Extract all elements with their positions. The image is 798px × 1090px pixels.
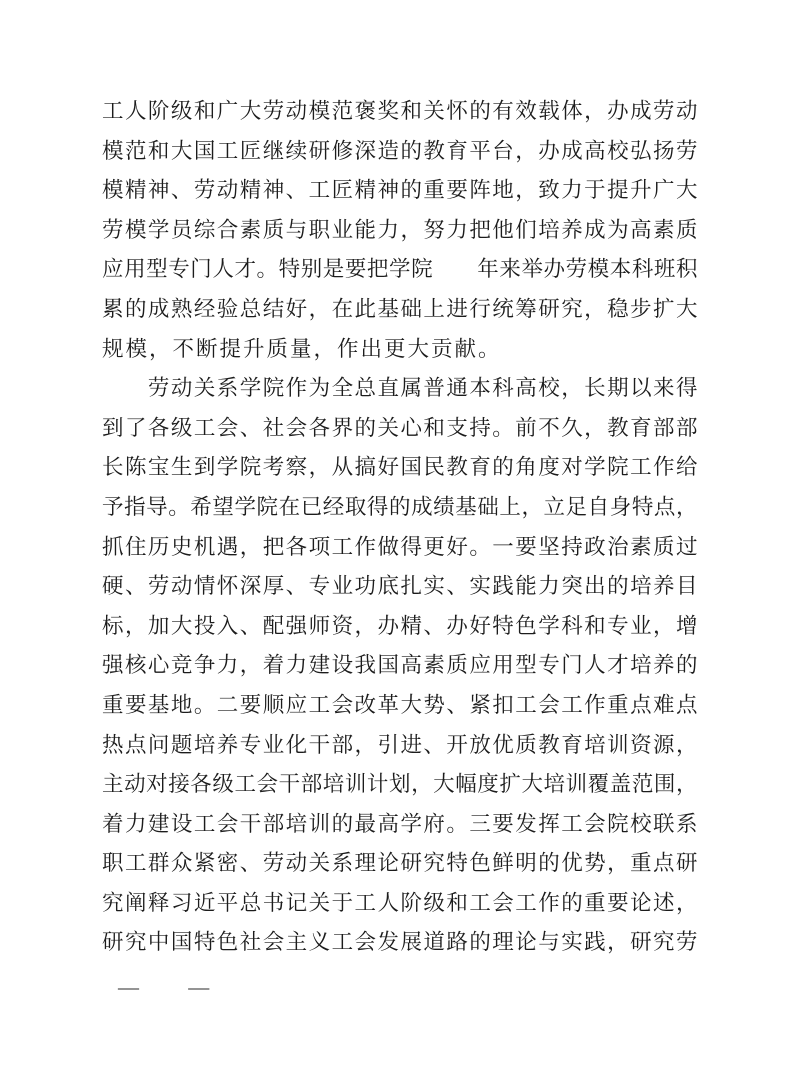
text-line: 工人阶级和广大劳动模范褒奖和关怀的有效载体，办成劳动 [102, 92, 698, 132]
text-line: 予指导。希望学院在已经取得的成绩基础上，立足自身特点， [102, 488, 698, 528]
text-line: 抓住历史机遇，把各项工作做得更好。一要坚持政治素质过 [102, 528, 698, 568]
paragraph-2: 劳动关系学院作为全总直属普通本科高校，长期以来得到了各级工会、社会各界的关心和支… [102, 369, 698, 963]
page-number-dash-left: — [118, 972, 139, 1002]
text-line: 标，加大投入、配强师资，办精、办好特色学科和专业，增 [102, 607, 698, 647]
body-text: 工人阶级和广大劳动模范褒奖和关怀的有效载体，办成劳动模范和大国工匠继续研修深造的… [102, 92, 698, 963]
text-line: 应用型专门人才。特别是要把学院 年来举办劳模本科班积 [102, 250, 698, 290]
text-line: 模精神、劳动精神、工匠精神的重要阵地，致力于提升广大 [102, 171, 698, 211]
document-page: 工人阶级和广大劳动模范褒奖和关怀的有效载体，办成劳动模范和大国工匠继续研修深造的… [0, 0, 798, 1090]
text-line: 重要基地。二要顺应工会改革大势、紧扣工会工作重点难点 [102, 686, 698, 726]
text-line: 劳模学员综合素质与职业能力，努力把他们培养成为高素质 [102, 211, 698, 251]
text-line: 硬、劳动情怀深厚、专业功底扎实、实践能力突出的培养目 [102, 567, 698, 607]
paragraph-1: 工人阶级和广大劳动模范褒奖和关怀的有效载体，办成劳动模范和大国工匠继续研修深造的… [102, 92, 698, 369]
text-line: 模范和大国工匠继续研修深造的教育平台，办成高校弘扬劳 [102, 132, 698, 172]
text-line: 主动对接各级工会干部培训计划，大幅度扩大培训覆盖范围， [102, 765, 698, 805]
text-line: 着力建设工会干部培训的最高学府。三要发挥工会院校联系 [102, 805, 698, 845]
text-line: 累的成熟经验总结好，在此基础上进行统筹研究，稳步扩大 [102, 290, 698, 330]
text-line: 究阐释习近平总书记关于工人阶级和工会工作的重要论述， [102, 884, 698, 924]
text-line: 强核心竞争力，着力建设我国高素质应用型专门人才培养的 [102, 646, 698, 686]
text-line: 研究中国特色社会主义工会发展道路的理论与实践，研究劳 [102, 923, 698, 963]
text-line: 到了各级工会、社会各界的关心和支持。前不久，教育部部 [102, 409, 698, 449]
text-line: 劳动关系学院作为全总直属普通本科高校，长期以来得 [102, 369, 698, 409]
text-line: 长陈宝生到学院考察，从搞好国民教育的角度对学院工作给 [102, 448, 698, 488]
page-number-dash-right: — [188, 975, 209, 999]
text-line: 热点问题培养专业化干部，引进、开放优质教育培训资源， [102, 726, 698, 766]
page-number-footer: — — [118, 972, 209, 1002]
text-line: 职工群众紧密、劳动关系理论研究特色鲜明的优势，重点研 [102, 844, 698, 884]
text-line: 规模，不断提升质量，作出更大贡献。 [102, 330, 698, 370]
